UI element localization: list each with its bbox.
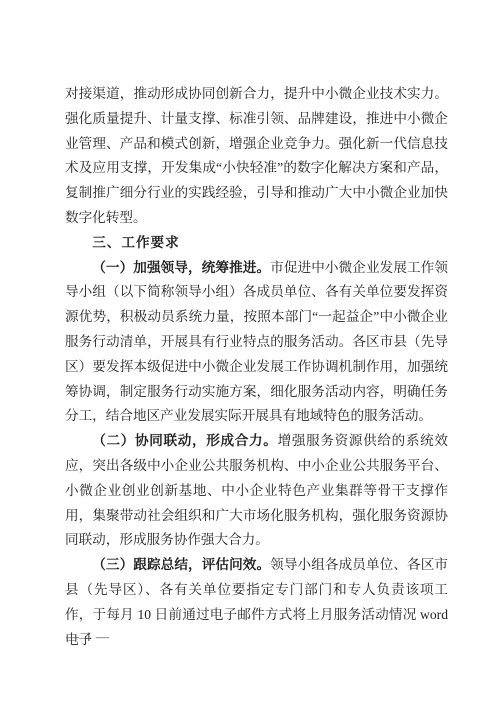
document-body: 对接渠道，推动形成协同创新合力，提升中小微企业技术实力。强化质量提升、计量支撑、…: [65, 82, 448, 652]
page-number: — 4 —: [66, 628, 110, 646]
paragraph-lead: （一）加强领导，统筹推进。: [92, 260, 270, 275]
paragraph-lead: （二）协同联动，形成合力。: [92, 433, 277, 448]
section-heading: 三、工作要求: [65, 231, 448, 256]
paragraph: （二）协同联动，形成合力。增强服务资源供给的系统效应，突出各级中小企业公共服务机…: [65, 429, 448, 553]
paragraph: （一）加强领导，统筹推进。市促进中小微企业发展工作领导小组（以下简称领导小组）各…: [65, 256, 448, 430]
paragraph: 对接渠道，推动形成协同创新合力，提升中小微企业技术实力。强化质量提升、计量支撑、…: [65, 82, 448, 231]
document-page: 对接渠道，推动形成协同创新合力，提升中小微企业技术实力。强化质量提升、计量支撑、…: [0, 0, 500, 707]
paragraph-lead: （三）跟踪总结，评估问效。: [92, 557, 270, 572]
paragraph: （三）跟踪总结，评估问效。领导小组各成员单位、各区市县（先导区）、各有关单位要指…: [65, 553, 448, 652]
